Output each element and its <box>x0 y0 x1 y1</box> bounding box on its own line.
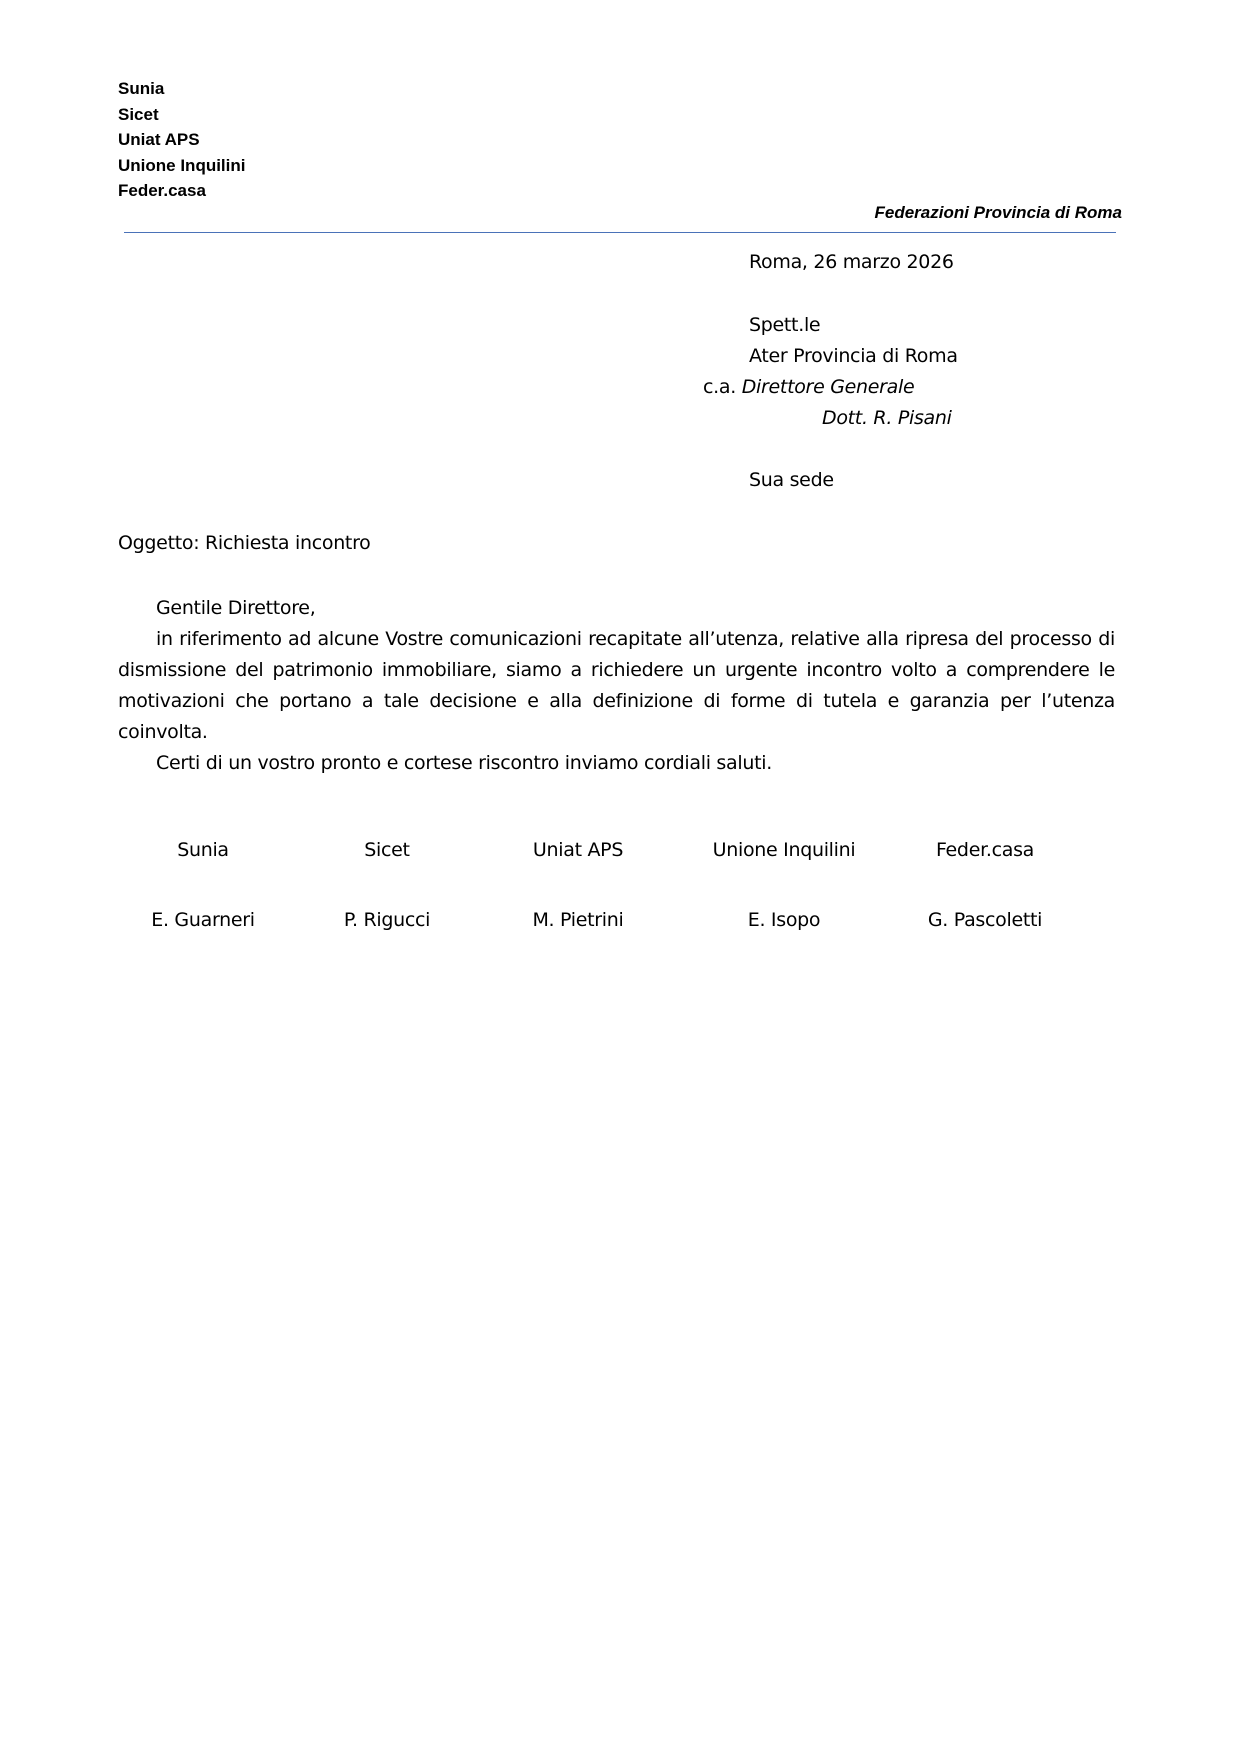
greeting: Gentile Direttore, <box>118 593 1115 624</box>
signature-organization: Unione Inquilini <box>670 838 898 862</box>
letter-page: Sunia Sicet Uniat APS Unione Inquilini F… <box>0 0 1240 1755</box>
attention-prefix: c.a. <box>703 376 736 398</box>
recipient-location: Sua sede <box>749 468 834 492</box>
letter-text: Gentile Direttore, in riferimento ad alc… <box>118 593 1115 779</box>
signature-organizations-row: Sunia Sicet Uniat APS Unione Inquilini F… <box>118 838 1115 862</box>
attention-name: Dott. R. Pisani <box>822 406 952 430</box>
letterhead-organizations: Sunia Sicet Uniat APS Unione Inquilini F… <box>118 76 245 204</box>
signatory-name: P. Rigucci <box>288 908 486 932</box>
recipient-organization: Ater Provincia di Roma <box>749 344 958 368</box>
signatory-name: M. Pietrini <box>486 908 670 932</box>
signatory-name: E. Guarneri <box>118 908 288 932</box>
letterhead-org: Sunia <box>118 76 245 102</box>
body-paragraph: in riferimento ad alcune Vostre comunica… <box>118 624 1115 748</box>
letter-subject: Oggetto: Richiesta incontro <box>118 531 371 555</box>
header-divider <box>124 232 1116 233</box>
signature-organization: Uniat APS <box>486 838 670 862</box>
signatory-name: G. Pascoletti <box>898 908 1072 932</box>
federation-title: Federazioni Provincia di Roma <box>874 203 1122 223</box>
place-date: Roma, 26 marzo 2026 <box>749 250 954 274</box>
signature-organization: Feder.casa <box>898 838 1072 862</box>
signature-organization: Sunia <box>118 838 288 862</box>
letterhead-org: Sicet <box>118 102 245 128</box>
attention-role: Direttore Generale <box>742 376 915 398</box>
closing-paragraph: Certi di un vostro pronto e cortese risc… <box>118 748 1115 779</box>
letterhead-org: Uniat APS <box>118 127 245 153</box>
letterhead-org: Feder.casa <box>118 178 245 204</box>
signature-names-row: E. Guarneri P. Rigucci M. Pietrini E. Is… <box>118 908 1115 932</box>
recipient-salutation: Spett.le <box>749 313 820 337</box>
signatures-block: Sunia Sicet Uniat APS Unione Inquilini F… <box>118 838 1115 932</box>
recipient-attention: c.a. Direttore Generale <box>703 375 914 399</box>
signatory-name: E. Isopo <box>670 908 898 932</box>
letterhead-org: Unione Inquilini <box>118 153 245 179</box>
signature-organization: Sicet <box>288 838 486 862</box>
